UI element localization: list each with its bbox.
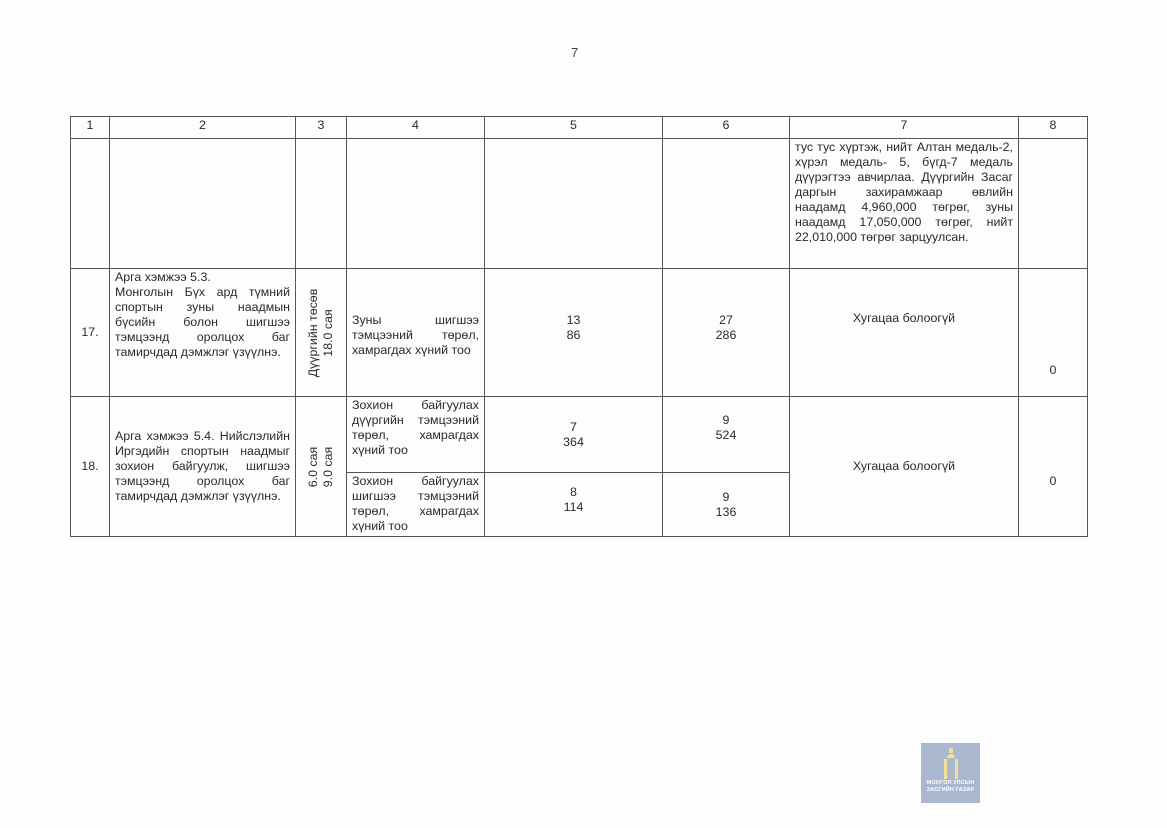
page-number: 7 bbox=[571, 45, 578, 60]
col5-people: 114 bbox=[490, 500, 657, 515]
col6-count: 27 bbox=[668, 313, 784, 328]
indicator-text: Зохион байгуулах дүүргийн тэмцээний төрө… bbox=[347, 397, 485, 473]
header-row: 1 2 3 4 5 6 7 8 bbox=[71, 117, 1088, 139]
col-header-2: 2 bbox=[110, 117, 296, 139]
col-header-6: 6 bbox=[663, 117, 790, 139]
col5-count: 8 bbox=[490, 485, 657, 500]
report-table: 1 2 3 4 5 6 7 8 тус тус хүртэж, нийт Алт… bbox=[70, 116, 1088, 537]
col-header-3: 3 bbox=[296, 117, 347, 139]
col6-value: 9 524 bbox=[663, 397, 790, 473]
score-value: 0 bbox=[1019, 269, 1088, 397]
government-stamp: МОНГОЛ УЛСЫН ЗАСГИЙН ГАЗАР bbox=[921, 743, 980, 803]
col-header-4: 4 bbox=[347, 117, 485, 139]
stamp-line-2: ЗАСГИЙН ГАЗАР bbox=[921, 787, 980, 794]
col-header-7: 7 bbox=[790, 117, 1019, 139]
status-text: Хугацаа болоогүй bbox=[790, 397, 1019, 537]
score-value: 0 bbox=[1019, 397, 1088, 537]
col6-people: 136 bbox=[668, 505, 784, 520]
continuation-row: тус тус хүртэж, нийт Алтан медаль-2, хүр… bbox=[71, 139, 1088, 269]
budget-amount: 18.0 сая bbox=[321, 288, 336, 377]
col5-value: 13 86 bbox=[485, 269, 663, 397]
table-row-18: 18. Арга хэмжээ 5.4. Нийслэлийн Иргэдийн… bbox=[71, 397, 1088, 473]
col5-value: 8 114 bbox=[485, 473, 663, 537]
col6-value: 27 286 bbox=[663, 269, 790, 397]
col5-count: 7 bbox=[490, 420, 657, 435]
col-header-8: 8 bbox=[1019, 117, 1088, 139]
indicator-text: Зохион байгуулах шигшээ тэмцээний төрөл,… bbox=[347, 473, 485, 537]
col6-value: 9 136 bbox=[663, 473, 790, 537]
table-row-17: 17. Арга хэмжээ 5.3. Монголын Бүх ард тү… bbox=[71, 269, 1088, 397]
col6-count: 9 bbox=[668, 413, 784, 428]
col5-people: 364 bbox=[490, 435, 657, 450]
measure-text: Арга хэмжээ 5.3. Монголын Бүх ард түмний… bbox=[110, 269, 296, 397]
row-number: 18. bbox=[71, 397, 110, 537]
budget-amount-1: 6.0 сая bbox=[306, 446, 321, 486]
budget-source: Дүүргийн төсөв bbox=[306, 288, 321, 377]
col6-people: 286 bbox=[668, 328, 784, 343]
measure-text: Арга хэмжээ 5.4. Нийслэлийн Иргэдийн спо… bbox=[110, 397, 296, 537]
budget-cell: 6.0 сая 9.0 сая bbox=[296, 397, 347, 537]
row-number: 17. bbox=[71, 269, 110, 397]
budget-cell: Дүүргийн төсөв 18.0 сая bbox=[296, 269, 347, 397]
col-header-5: 5 bbox=[485, 117, 663, 139]
status-text: Хугацаа болоогүй bbox=[790, 269, 1019, 397]
stamp-line-1: МОНГОЛ УЛСЫН bbox=[921, 780, 980, 787]
col6-people: 524 bbox=[668, 428, 784, 443]
soyombo-emblem-icon bbox=[943, 748, 959, 780]
continuation-result-text: тус тус хүртэж, нийт Алтан медаль-2, хүр… bbox=[790, 139, 1019, 269]
col-header-1: 1 bbox=[71, 117, 110, 139]
col5-count: 13 bbox=[490, 313, 657, 328]
col6-count: 9 bbox=[668, 490, 784, 505]
col5-people: 86 bbox=[490, 328, 657, 343]
indicator-text: Зуны шигшээ тэмцээний төрөл, хамрагдах х… bbox=[347, 269, 485, 397]
col5-value: 7 364 bbox=[485, 397, 663, 473]
budget-amount-2: 9.0 сая bbox=[321, 446, 336, 486]
